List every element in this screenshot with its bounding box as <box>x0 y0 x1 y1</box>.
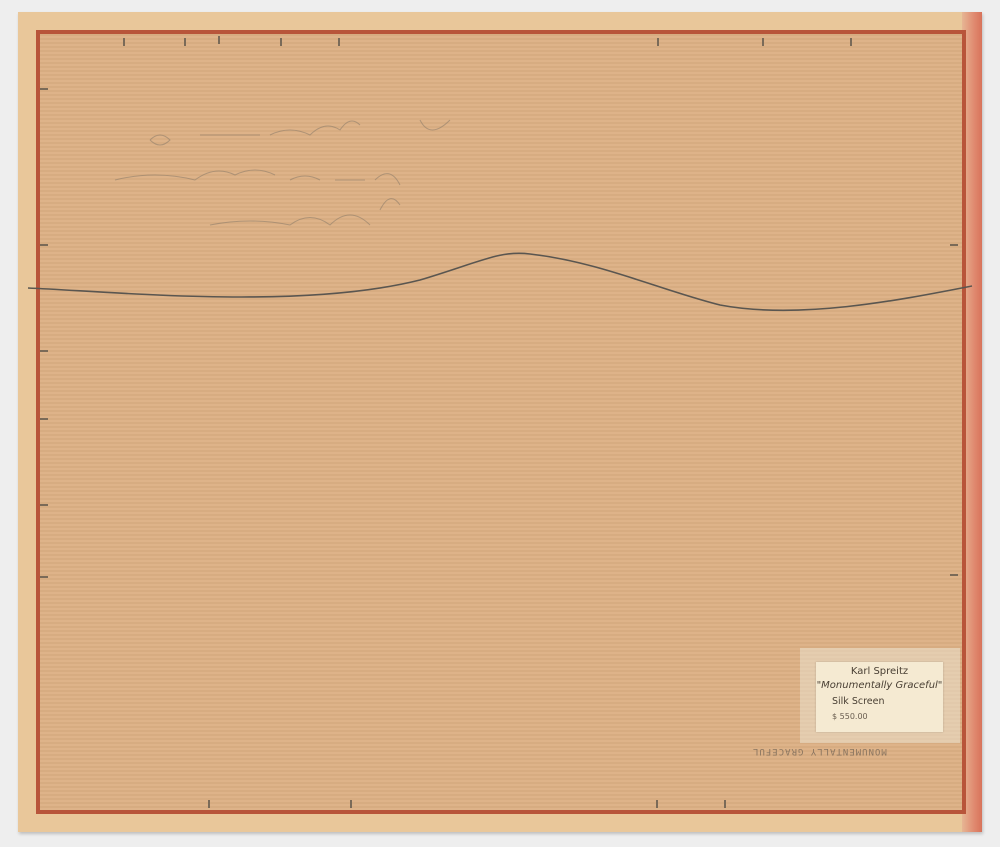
label-price: $ 550.00 <box>832 712 868 721</box>
pencil-inscription <box>80 80 480 280</box>
label-title: "Monumentally Graceful" <box>816 680 943 691</box>
price-label: Karl Spreitz "Monumentally Graceful" Sil… <box>816 662 943 732</box>
label-artist: Karl Spreitz <box>816 666 943 677</box>
stamped-title: MONUMENTALLY GRACEFUL <box>752 746 887 756</box>
label-medium: Silk Screen <box>832 696 885 707</box>
